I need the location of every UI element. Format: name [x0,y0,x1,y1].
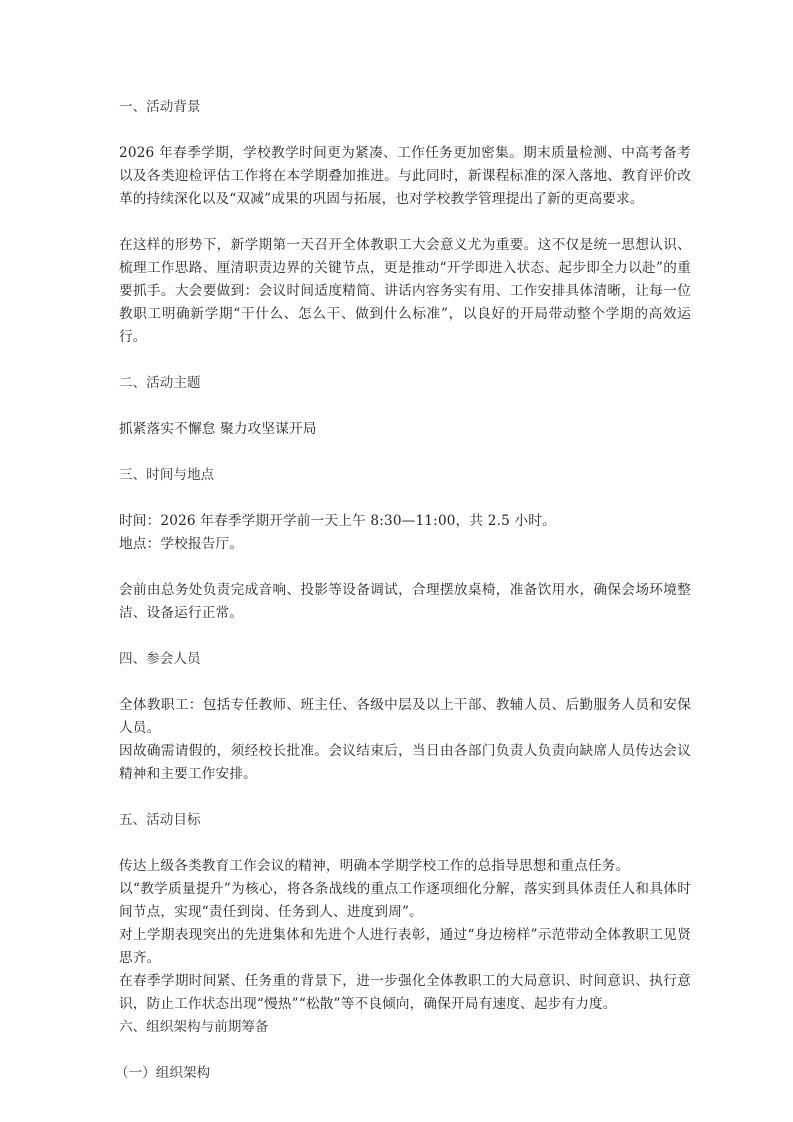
section-heading-theme: 二、活动主题 [119,372,691,395]
document-page: 一、活动背景 2026 年春季学期，学校教学时间更为紧凑、工作任务更加密集。期末… [119,96,691,1085]
section-heading-time-place: 三、时间与地点 [119,464,691,487]
section-heading-attendees: 四、参会人员 [119,648,691,671]
theme-text: 抓紧落实不懈怠 聚力攻坚谋开局 [119,418,691,441]
venue-prep-paragraph: 会前由总务处负责完成音响、投影等设备调试，合理摆放桌椅，准备饮用水，确保会场环境… [119,579,691,625]
goal-line-4: 在春季学期时间紧、任务重的背景下，进一步强化全体教职工的大局意识、时间意识、执行… [119,970,691,1016]
time-line: 时间：2026 年春季学期开学前一天上午 8:30—11:00，共 2.5 小时… [119,510,691,533]
goal-line-1: 传达上级各类教育工作会议的精神，明确本学期学校工作的总指导思想和重点任务。 [119,855,691,878]
goal-line-3: 对上学期表现突出的先进集体和先进个人进行表彰，通过“身边榜样”示范带动全体教职工… [119,924,691,970]
subheading-org-structure: （一）组织架构 [115,1062,691,1085]
place-line: 地点：学校报告厅。 [119,533,691,556]
attendees-line-2: 因故确需请假的，须经校长批准。会议结束后，当日由各部门负责人负责向缺席人员传达会… [119,740,691,786]
section-heading-organization: 六、组织架构与前期筹备 [119,1016,691,1039]
background-paragraph-1: 2026 年春季学期，学校教学时间更为紧凑、工作任务更加密集。期末质量检测、中高… [119,142,691,211]
attendees-line-1: 全体教职工：包括专任教师、班主任、各级中层及以上干部、教辅人员、后勤服务人员和安… [119,694,691,740]
background-paragraph-2: 在这样的形势下，新学期第一天召开全体教职工大会意义尤为重要。这不仅是统一思想认识… [119,234,691,349]
goal-line-2: 以“教学质量提升”为核心，将各条战线的重点工作逐项细化分解，落实到具体责任人和具… [119,878,691,924]
section-heading-background: 一、活动背景 [119,96,691,119]
section-heading-goals: 五、活动目标 [119,809,691,832]
